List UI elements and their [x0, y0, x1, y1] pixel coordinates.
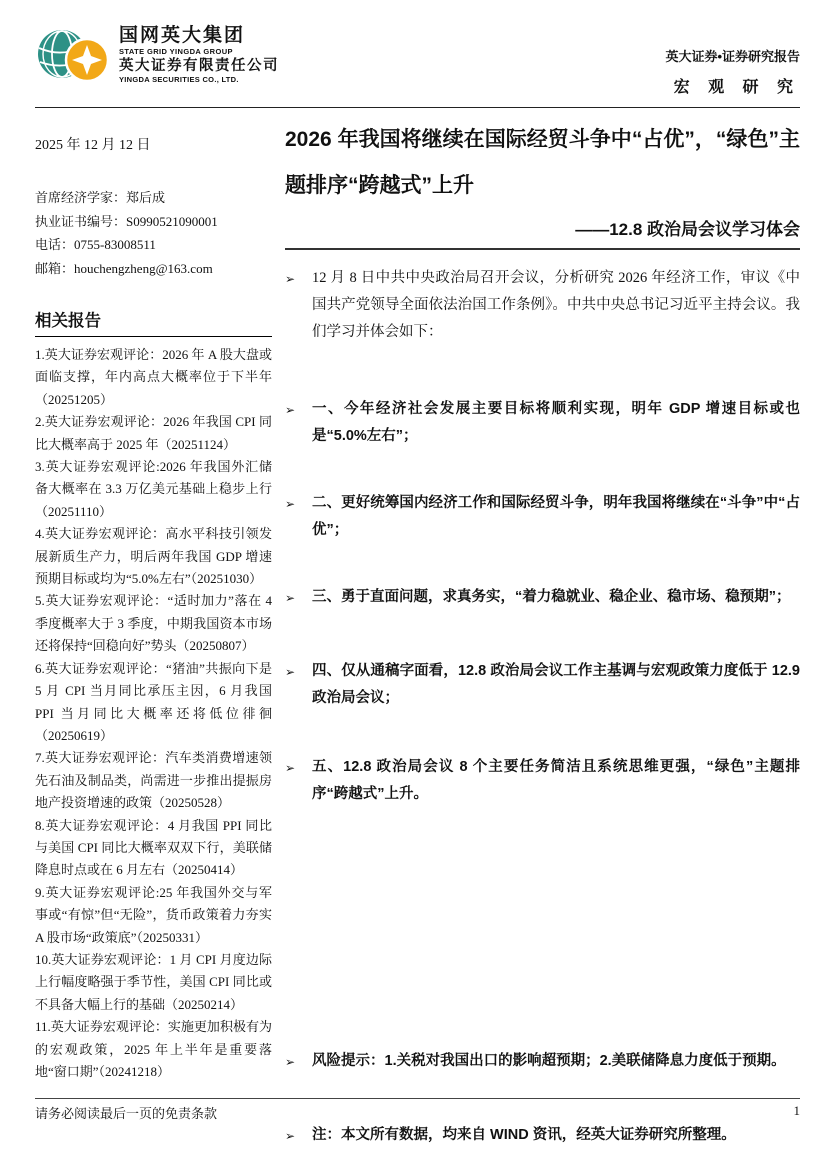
bullet-paragraph: ➢注：本文所有数据，均来自 WIND 资讯，经英大证券研究所整理。 [285, 1122, 800, 1150]
arrow-bullet-icon: ➢ [285, 658, 312, 712]
contact-line: 执业证书编号：S0990521090001 [35, 210, 272, 234]
bullet-paragraph: ➢二、更好统筹国内经济工作和国际经贸斗争，明年我国将继续在“斗争”中“占优”； [285, 490, 800, 544]
info-sidebar: 2025 年 12 月 12 日 首席经济学家：郑后成执业证书编号：S09905… [35, 117, 272, 1150]
related-report-item: 5.英大证券宏观评论：“适时加力”落在 4 季度概率大于 3 季度，中期我国资本… [35, 590, 272, 657]
report-title: 2026 年我国将继续在国际经贸斗争中“占优”，“绿色”主题排序“跨越式”上升 [285, 117, 800, 209]
arrow-bullet-icon: ➢ [285, 396, 312, 450]
related-reports-heading: 相关报告 [35, 307, 272, 337]
related-report-item: 10.英大证券宏观评论：1 月 CPI 月度边际上行幅度略强于季节性，美国 CP… [35, 949, 272, 1016]
related-report-item: 2.英大证券宏观评论：2026 年我国 CPI 同比大概率高于 2025 年（2… [35, 411, 272, 456]
bullet-text: 一、今年经济社会发展主要目标将顺利实现，明年 GDP 增速目标或也是“5.0%左… [312, 396, 800, 450]
arrow-bullet-icon: ➢ [285, 584, 312, 612]
bullet-text: 三、勇于直面问题，求真务实，“着力稳就业、稳企业、稳市场、稳预期”； [312, 584, 800, 612]
logo-globe-icon [35, 24, 109, 88]
arrow-bullet-icon: ➢ [285, 490, 312, 544]
arrow-bullet-icon: ➢ [285, 1048, 312, 1076]
bullet-paragraph: ➢风险提示：1.关税对我国出口的影响超预期；2.美联储降息力度低于预期。 [285, 1048, 800, 1076]
bullet-text: 风险提示：1.关税对我国出口的影响超预期；2.美联储降息力度低于预期。 [312, 1048, 800, 1076]
summary-bullets: ➢12 月 8 日中共中央政治局召开会议，分析研究 2026 年经济工作，审议《… [285, 265, 800, 1150]
logo-en-subname: YINGDA SECURITIES CO., LTD. [119, 76, 279, 84]
analyst-contact-block: 首席经济学家：郑后成执业证书编号：S0990521090001电话：0755-8… [35, 186, 272, 280]
bullet-paragraph: ➢五、12.8 政治局会议 8 个主要任务简洁且系统思维更强，“绿色”主题排序“… [285, 754, 800, 808]
related-report-item: 11.英大证券宏观评论：实施更加积极有为的宏观政策，2025 年上半年是重要落地… [35, 1016, 272, 1083]
contact-line: 首席经济学家：郑后成 [35, 186, 272, 210]
related-report-item: 6.英大证券宏观评论：“猪油”共振向下是 5 月 CPI 当月同比承压主因，6 … [35, 658, 272, 748]
report-subtitle: ——12.8 政治局会议学习体会 [285, 215, 800, 240]
related-report-item: 7.英大证券宏观评论：汽车类消费增速领先石油及制品类，尚需进一步推出提振房地产投… [35, 747, 272, 814]
bullet-paragraph: ➢四、仅从通稿字面看，12.8 政治局会议工作主基调与宏观政策力度低于 12.9… [285, 658, 800, 712]
bullet-paragraph: ➢12 月 8 日中共中央政治局召开会议，分析研究 2026 年经济工作，审议《… [285, 265, 800, 346]
related-report-item: 1.英大证券宏观评论：2026 年 A 股大盘或面临支撑，年内高点大概率位于下半… [35, 344, 272, 411]
bullet-text: 二、更好统筹国内经济工作和国际经贸斗争，明年我国将继续在“斗争”中“占优”； [312, 490, 800, 544]
related-report-item: 9.英大证券宏观评论:25 年我国外交与军事或“有惊”但“无险”，货币政策着力夯… [35, 882, 272, 949]
report-category-label: 宏 观 研 究 [665, 74, 800, 97]
content-columns: 2025 年 12 月 12 日 首席经济学家：郑后成执业证书编号：S09905… [35, 117, 800, 1150]
bullet-text: 12 月 8 日中共中央政治局召开会议，分析研究 2026 年经济工作，审议《中… [312, 265, 800, 346]
logo-cn-name: 国网英大集团 [119, 26, 279, 46]
header-right: 英大证券•证券研究报告 宏 观 研 究 [665, 24, 800, 97]
report-page: 国网英大集团 STATE GRID YINGDA GROUP 英大证券有限责任公… [0, 0, 826, 1169]
page-number: 1 [794, 1103, 801, 1122]
arrow-bullet-icon: ➢ [285, 265, 312, 346]
bullet-text: 五、12.8 政治局会议 8 个主要任务简洁且系统思维更强，“绿色”主题排序“跨… [312, 754, 800, 808]
report-date: 2025 年 12 月 12 日 [35, 134, 272, 154]
footer-divider [35, 1098, 800, 1099]
bullet-text: 四、仅从通稿字面看，12.8 政治局会议工作主基调与宏观政策力度低于 12.9 … [312, 658, 800, 712]
company-logo: 国网英大集团 STATE GRID YINGDA GROUP 英大证券有限责任公… [35, 24, 279, 88]
title-divider [285, 248, 800, 250]
report-body: 2026 年我国将继续在国际经贸斗争中“占优”，“绿色”主题排序“跨越式”上升 … [285, 117, 800, 1150]
footer-disclaimer: 请务必阅读最后一页的免责条款 [35, 1103, 217, 1122]
bullet-text: 注：本文所有数据，均来自 WIND 资讯，经英大证券研究所整理。 [312, 1122, 800, 1150]
header-divider [35, 107, 800, 108]
page-footer: 请务必阅读最后一页的免责条款 1 [35, 1098, 800, 1122]
report-type-label: 英大证券•证券研究报告 [665, 46, 800, 65]
related-report-item: 8.英大证券宏观评论：4 月我国 PPI 同比与美国 CPI 同比大概率双双下行… [35, 815, 272, 882]
related-report-item: 3.英大证券宏观评论:2026 年我国外汇储备大概率在 3.3 万亿美元基础上稳… [35, 456, 272, 523]
related-report-item: 4.英大证券宏观评论：高水平科技引领发展新质生产力，明后两年我国 GDP 增速预… [35, 523, 272, 590]
related-reports-list: 1.英大证券宏观评论：2026 年 A 股大盘或面临支撑，年内高点大概率位于下半… [35, 344, 272, 1083]
page-header: 国网英大集团 STATE GRID YINGDA GROUP 英大证券有限责任公… [35, 24, 800, 102]
contact-line: 电话：0755-83008511 [35, 233, 272, 257]
logo-en-name: STATE GRID YINGDA GROUP [119, 48, 279, 56]
contact-line: 邮箱：houchengzheng@163.com [35, 257, 272, 281]
bullet-paragraph: ➢一、今年经济社会发展主要目标将顺利实现，明年 GDP 增速目标或也是“5.0%… [285, 396, 800, 450]
logo-cn-subname: 英大证券有限责任公司 [119, 59, 279, 74]
bullet-paragraph: ➢三、勇于直面问题，求真务实，“着力稳就业、稳企业、稳市场、稳预期”； [285, 584, 800, 612]
arrow-bullet-icon: ➢ [285, 754, 312, 808]
logo-text: 国网英大集团 STATE GRID YINGDA GROUP 英大证券有限责任公… [119, 24, 279, 84]
arrow-bullet-icon: ➢ [285, 1122, 312, 1150]
